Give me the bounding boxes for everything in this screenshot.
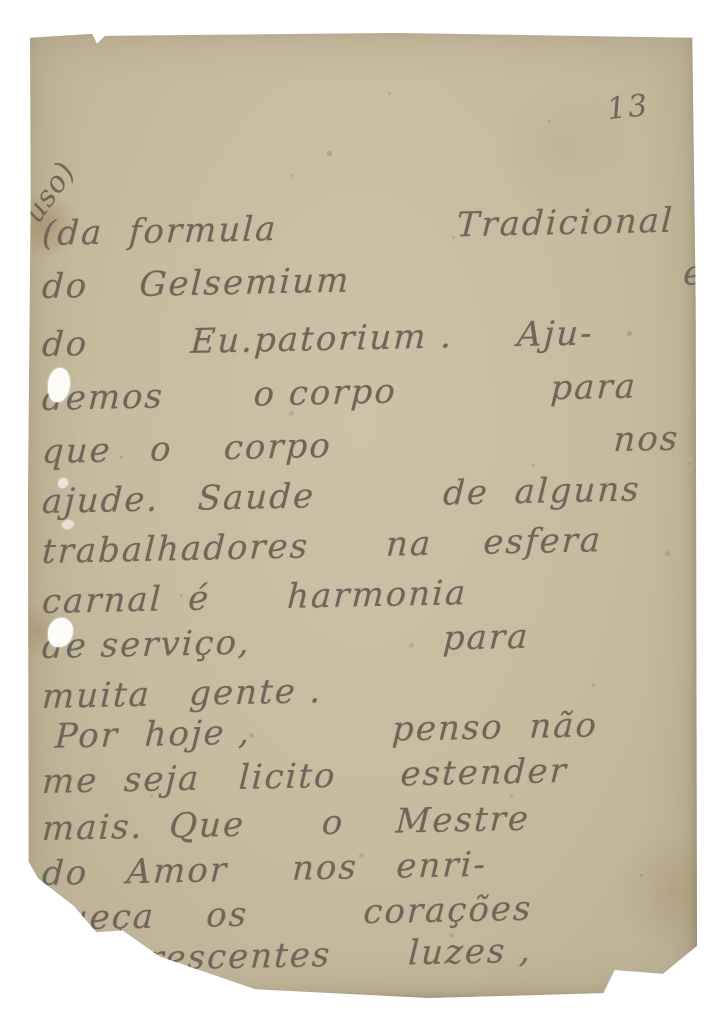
foxing-specks — [28, 32, 31, 35]
manuscript-line: carnal é harmonia — [41, 576, 468, 619]
manuscript-line: queça os corações — [41, 892, 533, 936]
manuscript-line: mais. Que o Mestre — [41, 802, 531, 846]
manuscript-line: de crescentes luzes , — [41, 934, 533, 978]
manuscript-line: do Eu.patorium . Aju- — [41, 316, 594, 362]
manuscript-line: do Amor nos enri- — [41, 848, 488, 891]
manuscript-line: demos o corpo para — [41, 370, 638, 417]
manuscript-line: de serviço, para — [41, 620, 530, 664]
manuscript-line: (da formula Tradicional — [41, 204, 675, 251]
manuscript-line: trabalhadores na esfera — [41, 523, 603, 569]
manuscript-line: me seja licito estender — [41, 754, 569, 799]
page-number: 13 — [605, 88, 651, 127]
manuscript-line: Por hoje , penso não — [41, 708, 599, 754]
manuscript-line: que o corpo nos — [41, 422, 680, 469]
manuscript-line: do Gelsemium e X — [41, 255, 723, 304]
paper-damage-spot — [62, 520, 74, 529]
manuscript-page: 13 uso) (da formula Tradicional do Gelse… — [28, 32, 697, 998]
manuscript-line: muita gente . — [41, 674, 323, 714]
manuscript-line: ajude. Saude de alguns — [41, 472, 641, 519]
